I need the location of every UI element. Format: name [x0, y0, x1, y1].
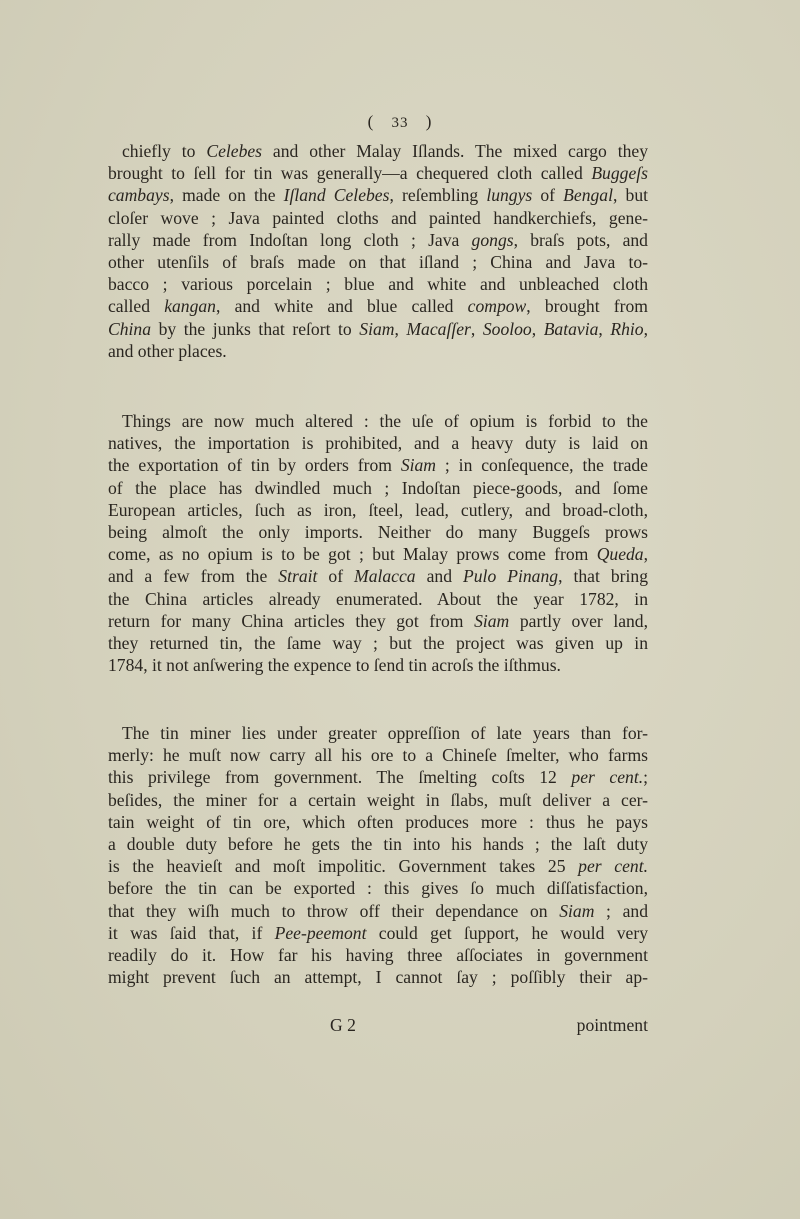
text-line: the China articles already enumerated. A…: [108, 588, 648, 610]
text-run: , braſs pots, and: [514, 230, 648, 250]
text-run: readily do it. How far his having three …: [108, 945, 648, 965]
text-run: ; in conſequence, the trade: [436, 455, 648, 475]
text-line: is the heavieſt and moſt impolitic. Gove…: [108, 855, 648, 877]
italic-term: Buggeſs: [591, 163, 648, 183]
text-run: and other places.: [108, 341, 227, 361]
text-run: The tin miner lies under greater oppreſſ…: [122, 723, 648, 743]
italic-term: Siam: [401, 455, 436, 475]
text-run: , made on the: [170, 185, 284, 205]
text-line: bacco ; various porcelain ; blue and whi…: [108, 273, 648, 295]
text-line: being almoſt the only imports. Neither d…: [108, 521, 648, 543]
text-run: return for many China articles they got …: [108, 611, 474, 631]
text-run: European articles, ſuch as iron, ſteel, …: [108, 500, 648, 520]
text-line: Things are now much altered : the uſe of…: [108, 410, 648, 432]
text-run: ,: [394, 319, 406, 339]
text-run: , but: [613, 185, 648, 205]
italic-term: per cent.: [571, 767, 643, 787]
italic-term: lungys: [486, 185, 532, 205]
italic-term: Queda: [597, 544, 644, 564]
text-run: ,: [644, 544, 648, 564]
text-run: of the place has dwindled much ; Indoſta…: [108, 478, 648, 498]
text-run: of: [317, 566, 354, 586]
text-run: rally made from Indoſtan long cloth ; Ja…: [108, 230, 472, 250]
text-line: it was ſaid that, if Pee-peemont could g…: [108, 922, 648, 944]
text-line: return for many China articles they got …: [108, 610, 648, 632]
text-run: and a few from the: [108, 566, 278, 586]
text-run: , and white and blue called: [216, 296, 468, 316]
text-line: and a few from the Strait of Malacca and…: [108, 565, 648, 587]
text-run: cloſer wove ; Java painted cloths and pa…: [108, 208, 648, 228]
text-line: European articles, ſuch as iron, ſteel, …: [108, 499, 648, 521]
text-line: other utenſils of braſs made on that iſl…: [108, 251, 648, 273]
text-line: come, as no opium is to be got ; but Mal…: [108, 543, 648, 565]
paragraph-things-altered: Things are now much altered : the uſe of…: [108, 410, 648, 676]
text-line: that they wiſh much to throw off their d…: [108, 900, 648, 922]
text-run: this privilege from government. The ſmel…: [108, 767, 571, 787]
page-footer: G 2 pointment: [108, 1015, 648, 1039]
italic-term: compow: [468, 296, 527, 316]
text-run: ,: [598, 319, 610, 339]
italic-term: Bengal: [563, 185, 613, 205]
italic-term: Rhio: [610, 319, 643, 339]
text-run: come, as no opium is to be got ; but Mal…: [108, 544, 597, 564]
text-run: it was ſaid that, if: [108, 923, 275, 943]
text-run: ,: [471, 319, 483, 339]
text-line: rally made from Indoſtan long cloth ; Ja…: [108, 229, 648, 251]
italic-term: Siam: [359, 319, 394, 339]
text-line: cambays, made on the Iſland Celebes, reſ…: [108, 184, 648, 206]
text-line: beſides, the miner for a certain weight …: [108, 789, 648, 811]
text-run: , reſembling: [389, 185, 486, 205]
text-line: China by the junks that reſort to Siam, …: [108, 318, 648, 340]
text-run: the exportation of tin by orders from: [108, 455, 401, 475]
italic-term: Macaſſer: [406, 319, 471, 339]
text-run: of: [532, 185, 563, 205]
text-run: natives, the importation is prohibited, …: [108, 433, 648, 453]
text-run: bacco ; various porcelain ; blue and whi…: [108, 274, 648, 294]
text-run: ;: [643, 767, 648, 787]
text-line: before the tin can be exported : this gi…: [108, 877, 648, 899]
page-number-close: ): [426, 112, 433, 131]
page-number: ( 33 ): [0, 112, 800, 132]
text-line: they returned tin, the ſame way ; but th…: [108, 632, 648, 654]
text-run: could get ſupport, he would very: [366, 923, 648, 943]
signature-mark: G 2: [330, 1015, 356, 1036]
paragraph-tin-miner: The tin miner lies under greater oppreſſ…: [108, 722, 648, 988]
text-line: merly: he muſt now carry all his ore to …: [108, 744, 648, 766]
text-line: brought to ſell for tin was generally—a …: [108, 162, 648, 184]
italic-term: Malacca: [354, 566, 416, 586]
text-run: that they wiſh much to throw off their d…: [108, 901, 559, 921]
text-line: natives, the importation is prohibited, …: [108, 432, 648, 454]
text-line: the exportation of tin by orders from Si…: [108, 454, 648, 476]
text-line: readily do it. How far his having three …: [108, 944, 648, 966]
text-run: and other Malay Iſlands. The mixed cargo…: [262, 141, 648, 161]
italic-term: Strait: [278, 566, 317, 586]
paragraph-cargo: chiefly to Celebes and other Malay Iſlan…: [108, 140, 648, 362]
text-run: , that bring: [558, 566, 648, 586]
italic-term: Iſland Celebes: [284, 185, 390, 205]
italic-term: Pulo Pinang: [463, 566, 558, 586]
text-line: 1784, it not anſwering the expence to ſe…: [108, 654, 648, 676]
text-run: 1784, it not anſwering the expence to ſe…: [108, 655, 561, 675]
text-run: partly over land,: [509, 611, 648, 631]
text-line: a double duty before he gets the tin int…: [108, 833, 648, 855]
text-run: by the junks that reſort to: [151, 319, 359, 339]
text-run: beſides, the miner for a certain weight …: [108, 790, 648, 810]
text-run: before the tin can be exported : this gi…: [108, 878, 648, 898]
italic-term: Batavia: [544, 319, 599, 339]
italic-term: Siam: [559, 901, 594, 921]
text-run: being almoſt the only imports. Neither d…: [108, 522, 648, 542]
catchword: pointment: [577, 1015, 648, 1036]
text-line: chiefly to Celebes and other Malay Iſlan…: [108, 140, 648, 162]
text-run: ,: [532, 319, 544, 339]
text-line: and other places.: [108, 340, 648, 362]
page-number-value: 33: [392, 115, 409, 131]
text-line: this privilege from government. The ſmel…: [108, 766, 648, 788]
italic-term: kangan: [164, 296, 216, 316]
italic-term: per cent.: [578, 856, 648, 876]
text-run: a double duty before he gets the tin int…: [108, 834, 648, 854]
text-run: called: [108, 296, 164, 316]
text-run: they returned tin, the ſame way ; but th…: [108, 633, 648, 653]
text-run: , brought from: [526, 296, 648, 316]
text-run: is the heavieſt and moſt impolitic. Gove…: [108, 856, 578, 876]
text-line: might prevent ſuch an attempt, I cannot …: [108, 966, 648, 988]
text-run: tain weight of tin ore, which often prod…: [108, 812, 648, 832]
text-line: tain weight of tin ore, which often prod…: [108, 811, 648, 833]
text-line: called kangan, and white and blue called…: [108, 295, 648, 317]
italic-term: cambays: [108, 185, 170, 205]
italic-term: gongs: [472, 230, 514, 250]
italic-term: China: [108, 319, 151, 339]
text-run: other utenſils of braſs made on that iſl…: [108, 252, 648, 272]
text-run: chiefly to: [122, 141, 206, 161]
text-run: brought to ſell for tin was generally—a …: [108, 163, 591, 183]
text-line: of the place has dwindled much ; Indoſta…: [108, 477, 648, 499]
italic-term: Pee-peemont: [275, 923, 367, 943]
italic-term: Celebes: [206, 141, 262, 161]
text-run: the China articles already enumerated. A…: [108, 589, 648, 609]
text-line: cloſer wove ; Java painted cloths and pa…: [108, 207, 648, 229]
italic-term: Sooloo: [483, 319, 532, 339]
text-run: merly: he muſt now carry all his ore to …: [108, 745, 648, 765]
text-run: Things are now much altered : the uſe of…: [122, 411, 648, 431]
text-run: and: [416, 566, 463, 586]
text-run: ,: [644, 319, 648, 339]
text-run: might prevent ſuch an attempt, I cannot …: [108, 967, 648, 987]
text-run: ; and: [594, 901, 648, 921]
text-line: The tin miner lies under greater oppreſſ…: [108, 722, 648, 744]
italic-term: Siam: [474, 611, 509, 631]
page-number-open: (: [368, 112, 375, 131]
